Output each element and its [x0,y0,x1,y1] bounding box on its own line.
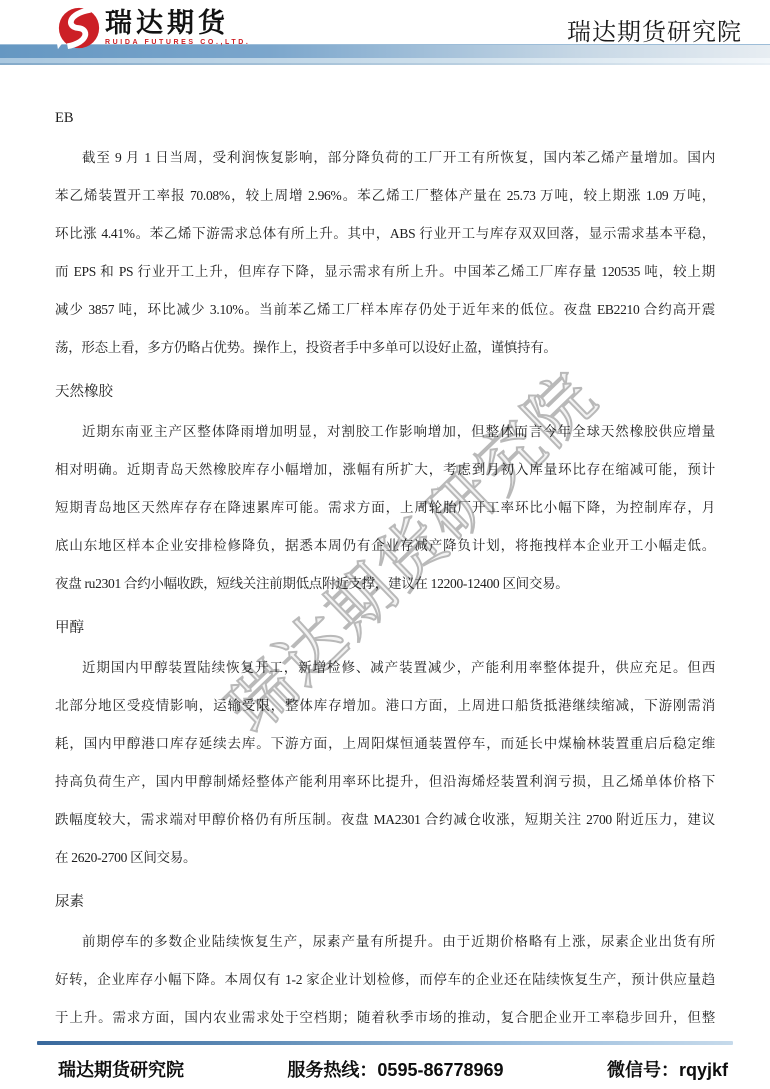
paragraph-line: 于上升。需求方面，国内农业需求处于空档期；随着秋季市场的推动，复合肥企业开工率稳… [55,999,715,1037]
company-logo: 瑞达期货 RUIDA FUTURES CO.,LTD. [56,5,250,51]
paragraph-line: 近期国内甲醇装置陆续恢复开工，新增检修、减产装置减少，产能利用率整体提升，供应充… [55,649,715,687]
paragraph-line: 近期东南亚主产区整体降雨增加明显，对割胶工作影响增加，但整体而言今年全球天然橡胶… [55,413,715,451]
logo-company-name-en: RUIDA FUTURES CO.,LTD. [105,39,250,46]
paragraph-line: 在 2620-2700 区间交易。 [55,839,715,877]
paragraph-line: 荡，形态上看，多方仍略占优势。操作上，投资者手中多单可以设好止盈，谨慎持有。 [55,329,715,367]
report-section: EB截至 9 月 1 日当周，受利润恢复影响，部分降负荷的工厂开工有所恢复，国内… [55,107,715,367]
report-section: 天然橡胶近期东南亚主产区整体降雨增加明显，对割胶工作影响增加，但整体而言今年全球… [55,381,715,603]
paragraph-line: 好转，企业库存小幅下降。本周仅有 1-2 家企业计划检修，而停车的企业还在陆续恢… [55,961,715,999]
ruida-logo-icon [56,5,102,51]
paragraph-line: 苯乙烯装置开工率报 70.08%，较上周增 2.96%。苯乙烯工厂整体产量在 2… [55,177,715,215]
footer-hotline-label: 服务热线： [287,1060,377,1080]
paragraph-line: 相对明确。近期青岛天然橡胶库存小幅增加，涨幅有所扩大，考虑到月初入库量环比存在缩… [55,451,715,489]
paragraph-line: 北部分地区受疫情影响，运输受限，整体库存增加。港口方面，上周进口船货抵港继续缩减… [55,687,715,725]
page-header: 瑞达期货 RUIDA FUTURES CO.,LTD. 瑞达期货研究院 [0,0,770,44]
logo-text: 瑞达期货 RUIDA FUTURES CO.,LTD. [105,5,250,46]
paragraph-line: 持高负荷生产，国内甲醇制烯烃整体产能利用率环比提升，但沿海烯烃装置利润亏损，且乙… [55,763,715,801]
report-page: 瑞达期货 RUIDA FUTURES CO.,LTD. 瑞达期货研究院 瑞达期货… [0,0,770,1089]
footer-hotline: 服务热线：0595-86778969 [287,1056,503,1082]
section-title: 甲醇 [55,617,715,639]
footer-wechat-label: 微信号： [607,1060,679,1080]
report-section: 尿素前期停车的多数企业陆续恢复生产，尿素产量有所提升。由于近期价格略有上涨，尿素… [55,891,715,1037]
paragraph-line: 短期青岛地区天然库存存在降速累库可能。需求方面，上周轮胎厂开工率环比小幅下降，为… [55,489,715,527]
logo-company-name: 瑞达期货 [105,8,250,38]
footer-info-row: 瑞达期货研究院 服务热线：0595-86778969 微信号：rqyjkf [0,1045,770,1084]
section-title: 尿素 [55,891,715,913]
paragraph-line: 减少 3857 吨，环比减少 3.10%。当前苯乙烯工厂样本库存仍处于近年来的低… [55,291,715,329]
section-title: 天然橡胶 [55,381,715,403]
paragraph-line: 截至 9 月 1 日当周，受利润恢复影响，部分降负荷的工厂开工有所恢复，国内苯乙… [55,139,715,177]
footer-wechat: 微信号：rqyjkf [607,1056,728,1082]
paragraph-line: 而 EPS 和 PS 行业开工上升，但库存下降，显示需求有所上升。中国苯乙烯工厂… [55,253,715,291]
report-body: EB截至 9 月 1 日当周，受利润恢复影响，部分降负荷的工厂开工有所恢复，国内… [0,66,770,1037]
paragraph-line: 前期停车的多数企业陆续恢复生产，尿素产量有所提升。由于近期价格略有上涨，尿素企业… [55,923,715,961]
footer-hotline-number: 0595-86778969 [377,1060,503,1080]
paragraph-line: 夜盘 ru2301 合约小幅收跌，短线关注前期低点附近支撑，建议在 12200-… [55,565,715,603]
page-title: 瑞达期货研究院 [567,12,742,47]
paragraph-line: 耗，国内甲醇港口库存延续去库。下游方面，上周阳煤恒通装置停车，而延长中煤榆林装置… [55,725,715,763]
header-divider-bar-tertiary [0,63,770,65]
page-footer: 瑞达期货研究院 服务热线：0595-86778969 微信号：rqyjkf [0,1041,770,1084]
footer-institute: 瑞达期货研究院 [58,1056,184,1082]
section-title: EB [55,107,715,129]
report-section: 甲醇近期国内甲醇装置陆续恢复开工，新增检修、减产装置减少，产能利用率整体提升，供… [55,617,715,877]
paragraph-line: 环比涨 4.41%。苯乙烯下游需求总体有所上升。其中，ABS 行业开工与库存双双… [55,215,715,253]
paragraph-line: 跌幅度较大，需求端对甲醇价格仍有所压制。夜盘 MA2301 合约减仓收涨，短期关… [55,801,715,839]
footer-wechat-id: rqyjkf [679,1060,728,1080]
paragraph-line: 底山东地区样本企业安排检修降负，据悉本周仍有企业存减产降负计划，将拖拽样本企业开… [55,527,715,565]
